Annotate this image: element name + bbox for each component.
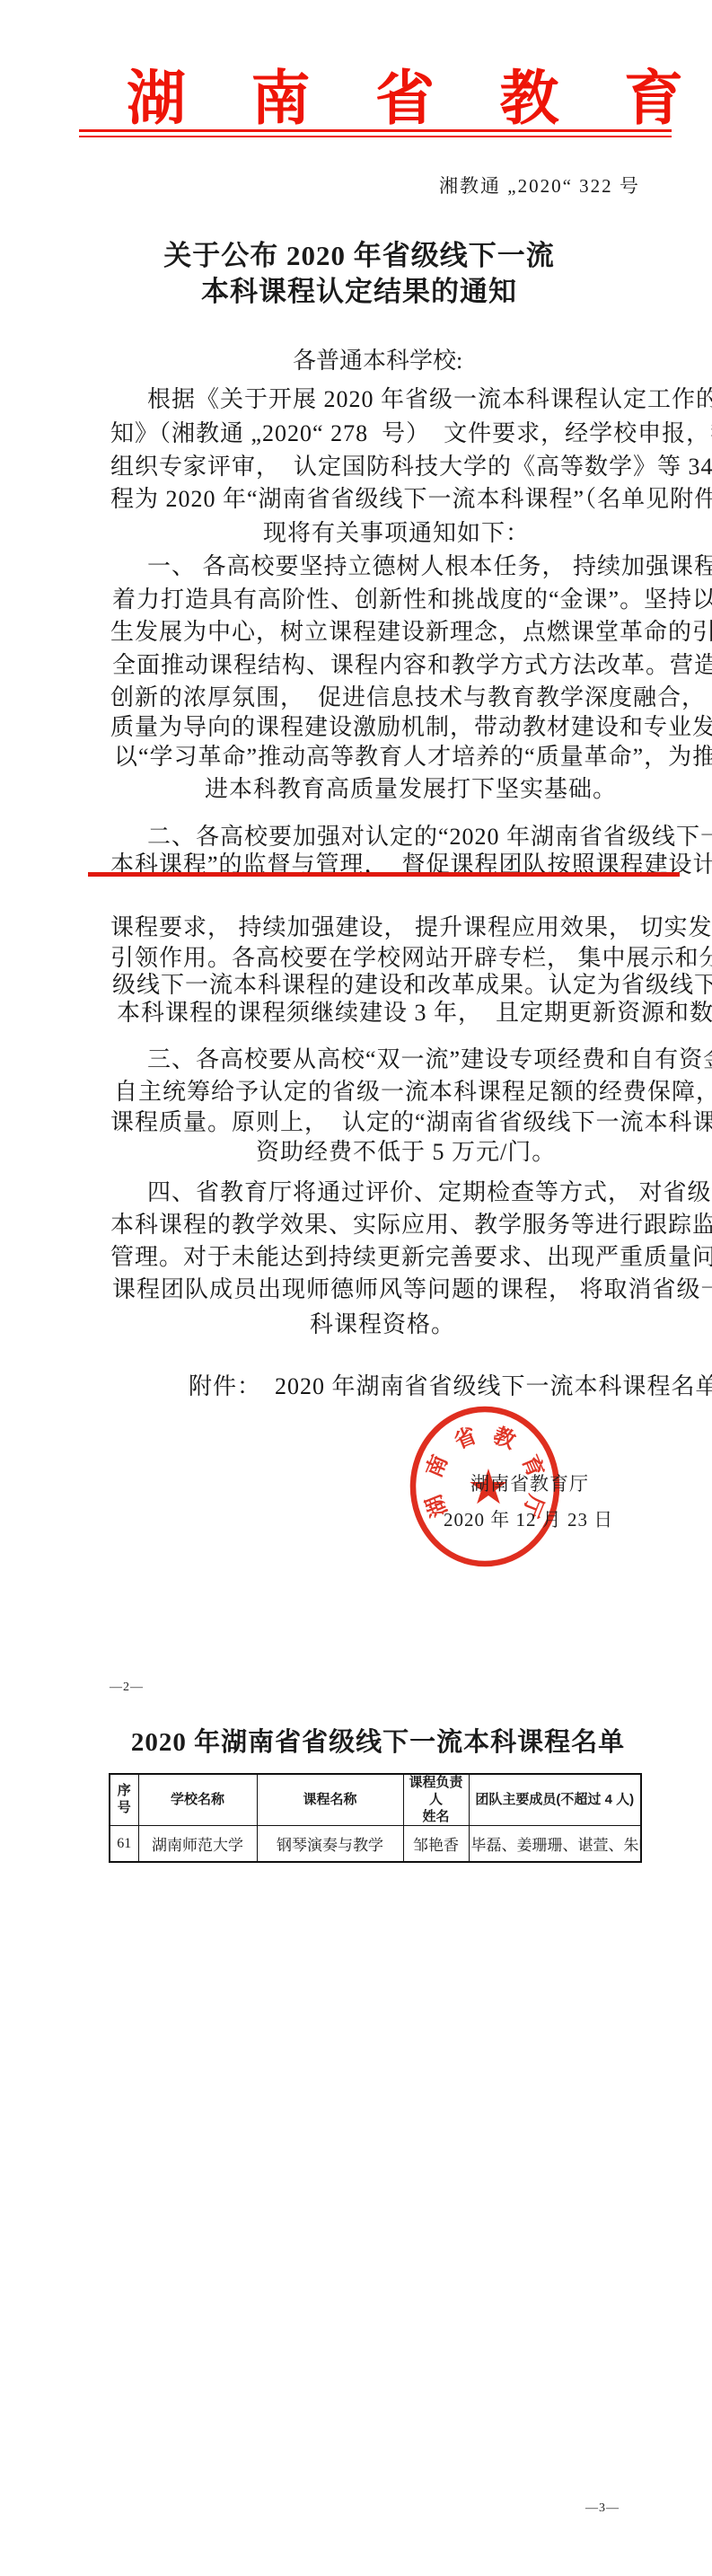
document-number: 湘教通 „2020“ 322 号 [439,172,640,198]
header-leader-line1: 课程负责人 [406,1775,467,1809]
body-line: 课程团队成员出现师德师风等问题的课程， 将取消省级一流本 [112,1271,712,1304]
letterhead-agency-title: 湖 南 省 教 育 厅 [127,50,712,136]
cell-leader: 邹艳香 [403,1826,469,1863]
signature-date: 2020 年 12 月 23 日 [444,1505,613,1532]
signature-agency: 湖南省教育厅 [470,1469,589,1496]
header-no-line1: 序 [112,1783,136,1800]
cell-school: 湖南师范大学 [138,1826,257,1863]
body-line: 根据《关于开展 2020 年省级一流本科课程认定工作的通 [147,381,712,414]
body-line: 资助经费不低于 5 万元/门。 [256,1134,556,1167]
body-line: 四、省教育厅将通过评价、定期检查等方式， 对省级一流 [147,1174,712,1207]
body-line: 课程要求， 持续加强建设， 提升课程应用效果， 切实发挥示范 [110,909,712,942]
body-line: 一、 各高校要坚持立德树人根本任务， 持续加强课程建设， [147,548,712,581]
header-school: 学校名称 [138,1774,257,1826]
course-table: 序 号 学校名称 课程名称 课程负责人 姓名 团队主要成员(不超过 4 人) 6… [109,1773,642,1863]
cell-team: 毕磊、姜珊珊、谌萱、朱咏北 [469,1826,641,1863]
table-header-row: 序 号 学校名称 课程名称 课程负责人 姓名 团队主要成员(不超过 4 人) [110,1774,641,1826]
body-line: 进本科教育高质量发展打下坚实基础。 [205,771,617,804]
notice-title-line1: 关于公布 2020 年省级线下一流 [0,233,712,273]
body-line: 以“学习革命”推动高等教育人才培养的“质量革命”，为推 [114,738,712,772]
body-line: 科课程资格。 [310,1306,455,1339]
header-no-line2: 号 [112,1800,136,1817]
attachment-title: 2020 年湖南省省级线下一流本科课程名单 [0,1722,712,1759]
body-line: 质量为导向的课程建设激励机制，带动教材建设和专业发展， [110,709,712,742]
body-line: 全面推动课程结构、课程内容和教学方式方法改革。营造改革 [112,647,712,680]
body-line: 课程质量。原则上， 认定的“湖南省省级线下一流本科课程” [110,1104,712,1137]
body-line: 本科课程的教学效果、实际应用、教学服务等进行跟踪监督和 [110,1206,712,1239]
letterhead-rule [79,129,672,137]
header-course: 课程名称 [257,1774,403,1826]
body-line: 本科课程的课程须继续建设 3 年， 且定期更新资源和数据。 [117,994,712,1028]
body-line: 现将有关事项通知如下： [263,515,530,548]
salutation: 各普通本科学校: [293,342,462,375]
body-line: 知》（湘教通 „2020“ 278 号） 文件要求，经学校申报，我厅 [110,415,712,448]
body-line: 组织专家评审， 认定国防科技大学的《高等数学》等 347 门课 [110,448,712,481]
document-page: 湖 南 省 教 育 厅 湘教通 „2020“ 322 号 关于公布 2020 年… [0,0,712,2576]
table-row: 61 湖南师范大学 钢琴演奏与教学 邹艳香 毕磊、姜珊珊、谌萱、朱咏北 [110,1826,641,1863]
header-leader: 课程负责人 姓名 [403,1774,469,1826]
page-divider-rule [88,872,680,877]
body-line: 生发展为中心，树立课程建设新理念，点燃课堂革命的引擎， [110,613,712,647]
body-line: 自主统筹给予认定的省级一流本科课程足额的经费保障， 确保 [114,1073,712,1107]
seal-char: 南 [421,1451,453,1481]
body-line: 着力打造具有高阶性、创新性和挑战度的“金课”。坚持以学 [112,581,712,614]
cell-no: 61 [110,1826,138,1863]
cell-course: 钢琴演奏与教学 [257,1826,403,1863]
notice-title-line2: 本科课程认定结果的通知 [0,269,712,309]
page-number-2: —2— [110,1681,144,1695]
header-no: 序 号 [110,1774,138,1826]
header-leader-line2: 姓名 [406,1809,467,1826]
page-number-3: —3— [585,2501,620,2516]
body-line: 程为 2020 年“湖南省省级线下一流本科课程”（名单见附件）。 [110,481,712,514]
seal-char: 省 [451,1424,479,1454]
header-team: 团队主要成员(不超过 4 人) [469,1774,641,1826]
body-line: 管理。对于未能达到持续更新完善要求、出现严重质量问题、 [110,1239,712,1272]
seal-char: 教 [489,1424,519,1454]
attachment-note: 附件： 2020 年湖南省省级线下一流本科课程名单 [189,1368,712,1401]
body-line: 创新的浓厚氛围， 促进信息技术与教育教学深度融合， 完善以 [110,679,712,712]
body-line: 三、各高校要从高校“双一流”建设专项经费和自有资金中， [147,1041,712,1074]
